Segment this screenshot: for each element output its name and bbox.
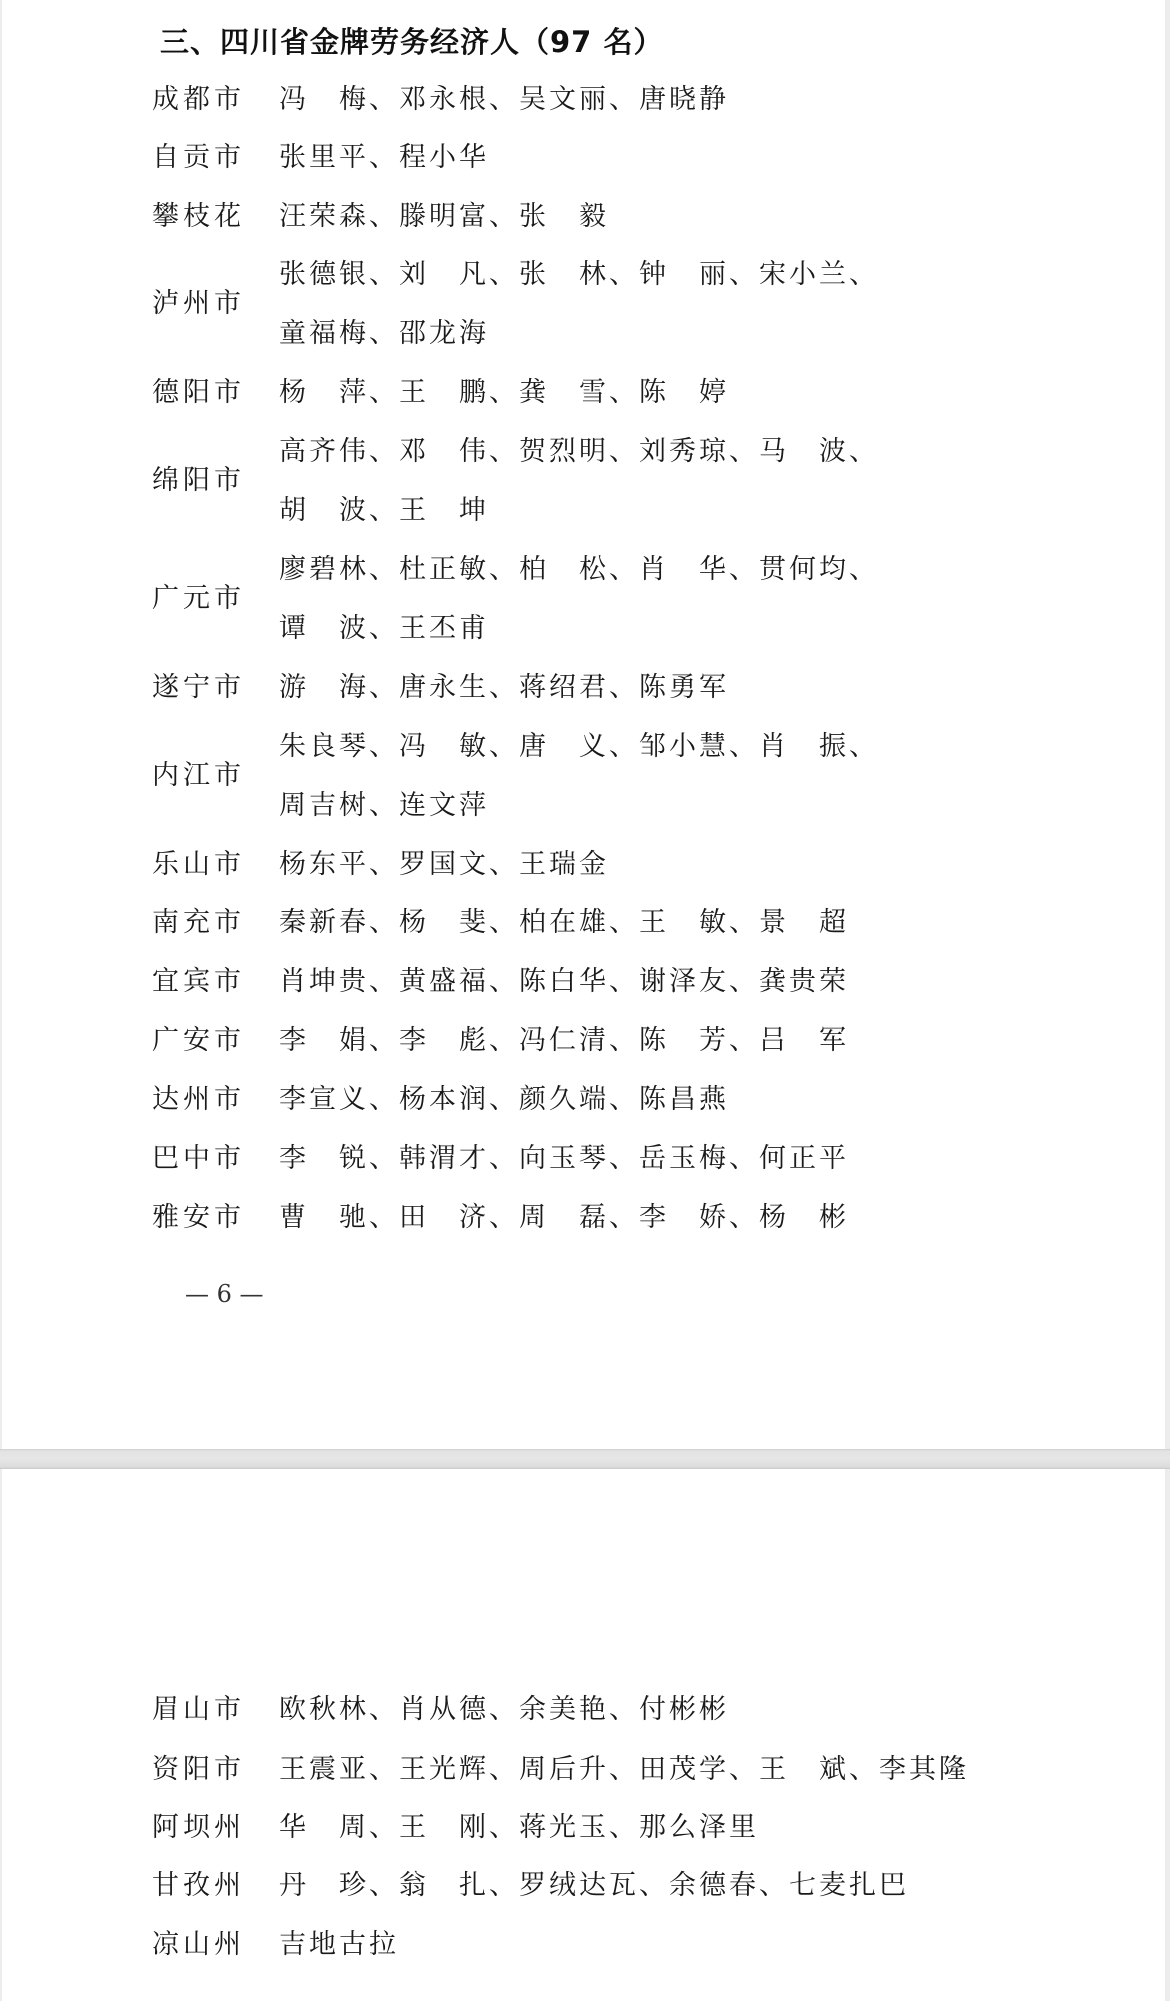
- page-number: — 6 —: [185, 1277, 264, 1311]
- city-label: 德阳市: [152, 373, 262, 413]
- city-label: 遂宁市: [152, 668, 262, 708]
- name-list: 秦新春、杨 斐、柏在雄、王 敏、景 超: [279, 903, 849, 962]
- name-list: 华 周、王 刚、蒋光玉、那么泽里: [279, 1808, 759, 1867]
- city-label: 雅安市: [152, 1198, 262, 1238]
- name-line: 高齐伟、邓 伟、贺烈明、刘秀琼、马 波、: [279, 432, 879, 491]
- document-page-6: 三、四川省金牌劳务经济人（97 名） 成都市 冯 梅、邓永根、吴文丽、唐晓静 自…: [0, 0, 1170, 1449]
- name-list: 朱良琴、冯 敏、唐 义、邹小慧、肖 振、 周吉树、连文萍: [279, 727, 879, 845]
- page-separator: [0, 1449, 1170, 1469]
- name-line: 欧秋林、肖从德、余美艳、付彬彬: [279, 1690, 729, 1749]
- name-line: 杨 萍、王 鹏、龚 雪、陈 婷: [279, 373, 729, 432]
- name-line: 张德银、刘 凡、张 林、钟 丽、宋小兰、: [279, 255, 879, 314]
- name-line: 游 海、唐永生、蒋绍君、陈勇军: [279, 668, 729, 727]
- city-label: 自贡市: [152, 138, 262, 178]
- section-title: 三、四川省金牌劳务经济人（97 名）: [160, 22, 663, 62]
- name-list: 丹 珍、翁 扎、罗绒达瓦、余德春、七麦扎巴: [279, 1866, 909, 1925]
- name-list: 李宣义、杨本润、颜久端、陈昌燕: [279, 1080, 729, 1139]
- city-label: 凉山州: [152, 1925, 262, 1965]
- name-list: 张德银、刘 凡、张 林、钟 丽、宋小兰、 童福梅、邵龙海: [279, 255, 879, 373]
- name-line: 王震亚、王光辉、周后升、田茂学、王 斌、李其隆: [279, 1750, 969, 1809]
- name-list: 游 海、唐永生、蒋绍君、陈勇军: [279, 668, 729, 727]
- name-list: 李 娟、李 彪、冯仁清、陈 芳、吕 军: [279, 1021, 849, 1080]
- name-list: 杨东平、罗国文、王瑞金: [279, 845, 609, 904]
- name-list: 肖坤贵、黄盛福、陈白华、谢泽友、龚贵荣: [279, 962, 849, 1021]
- city-label: 内江市: [152, 756, 262, 796]
- city-label: 南充市: [152, 903, 262, 943]
- name-list: 吉地古拉: [279, 1925, 399, 1984]
- name-line: 廖碧林、杜正敏、柏 松、肖 华、贯何均、: [279, 550, 879, 609]
- city-label: 阿坝州: [152, 1808, 262, 1848]
- name-line: 张里平、程小华: [279, 138, 489, 197]
- name-list: 杨 萍、王 鹏、龚 雪、陈 婷: [279, 373, 729, 432]
- name-line: 吉地古拉: [279, 1925, 399, 1984]
- city-label: 甘孜州: [152, 1866, 262, 1906]
- name-line: 周吉树、连文萍: [279, 786, 879, 845]
- city-label: 宜宾市: [152, 962, 262, 1002]
- name-list: 李 锐、韩渭才、向玉琴、岳玉梅、何正平: [279, 1139, 849, 1198]
- city-label: 巴中市: [152, 1139, 262, 1179]
- city-label: 攀枝花: [152, 197, 262, 237]
- name-list: 张里平、程小华: [279, 138, 489, 197]
- name-line: 冯 梅、邓永根、吴文丽、唐晓静: [279, 80, 729, 139]
- city-label: 广安市: [152, 1021, 262, 1061]
- name-list: 欧秋林、肖从德、余美艳、付彬彬: [279, 1690, 729, 1749]
- name-line: 李 娟、李 彪、冯仁清、陈 芳、吕 军: [279, 1021, 849, 1080]
- name-line: 丹 珍、翁 扎、罗绒达瓦、余德春、七麦扎巴: [279, 1866, 909, 1925]
- name-line: 杨东平、罗国文、王瑞金: [279, 845, 609, 904]
- city-label: 绵阳市: [152, 461, 262, 501]
- name-list: 汪荣森、滕明富、张 毅: [279, 197, 609, 256]
- city-label: 资阳市: [152, 1750, 262, 1790]
- name-line: 肖坤贵、黄盛福、陈白华、谢泽友、龚贵荣: [279, 962, 849, 1021]
- name-line: 汪荣森、滕明富、张 毅: [279, 197, 609, 256]
- name-list: 高齐伟、邓 伟、贺烈明、刘秀琼、马 波、 胡 波、王 坤: [279, 432, 879, 550]
- city-label: 广元市: [152, 579, 262, 619]
- name-list: 王震亚、王光辉、周后升、田茂学、王 斌、李其隆: [279, 1750, 969, 1809]
- name-list: 曹 驰、田 济、周 磊、李 娇、杨 彬: [279, 1198, 849, 1257]
- name-list: 冯 梅、邓永根、吴文丽、唐晓静: [279, 80, 729, 139]
- name-line: 曹 驰、田 济、周 磊、李 娇、杨 彬: [279, 1198, 849, 1257]
- name-line: 朱良琴、冯 敏、唐 义、邹小慧、肖 振、: [279, 727, 879, 786]
- name-line: 李宣义、杨本润、颜久端、陈昌燕: [279, 1080, 729, 1139]
- name-line: 李 锐、韩渭才、向玉琴、岳玉梅、何正平: [279, 1139, 849, 1198]
- name-line: 秦新春、杨 斐、柏在雄、王 敏、景 超: [279, 903, 849, 962]
- name-line: 华 周、王 刚、蒋光玉、那么泽里: [279, 1808, 759, 1867]
- name-line: 胡 波、王 坤: [279, 491, 879, 550]
- city-label: 眉山市: [152, 1690, 262, 1730]
- document-page-7: 眉山市 欧秋林、肖从德、余美艳、付彬彬 资阳市 王震亚、王光辉、周后升、田茂学、…: [0, 1469, 1170, 2001]
- name-line: 谭 波、王丕甫: [279, 609, 879, 668]
- city-label: 乐山市: [152, 845, 262, 885]
- city-label: 达州市: [152, 1080, 262, 1120]
- name-list: 廖碧林、杜正敏、柏 松、肖 华、贯何均、 谭 波、王丕甫: [279, 550, 879, 668]
- city-label: 成都市: [152, 80, 262, 120]
- name-line: 童福梅、邵龙海: [279, 314, 879, 373]
- city-label: 泸州市: [152, 284, 262, 324]
